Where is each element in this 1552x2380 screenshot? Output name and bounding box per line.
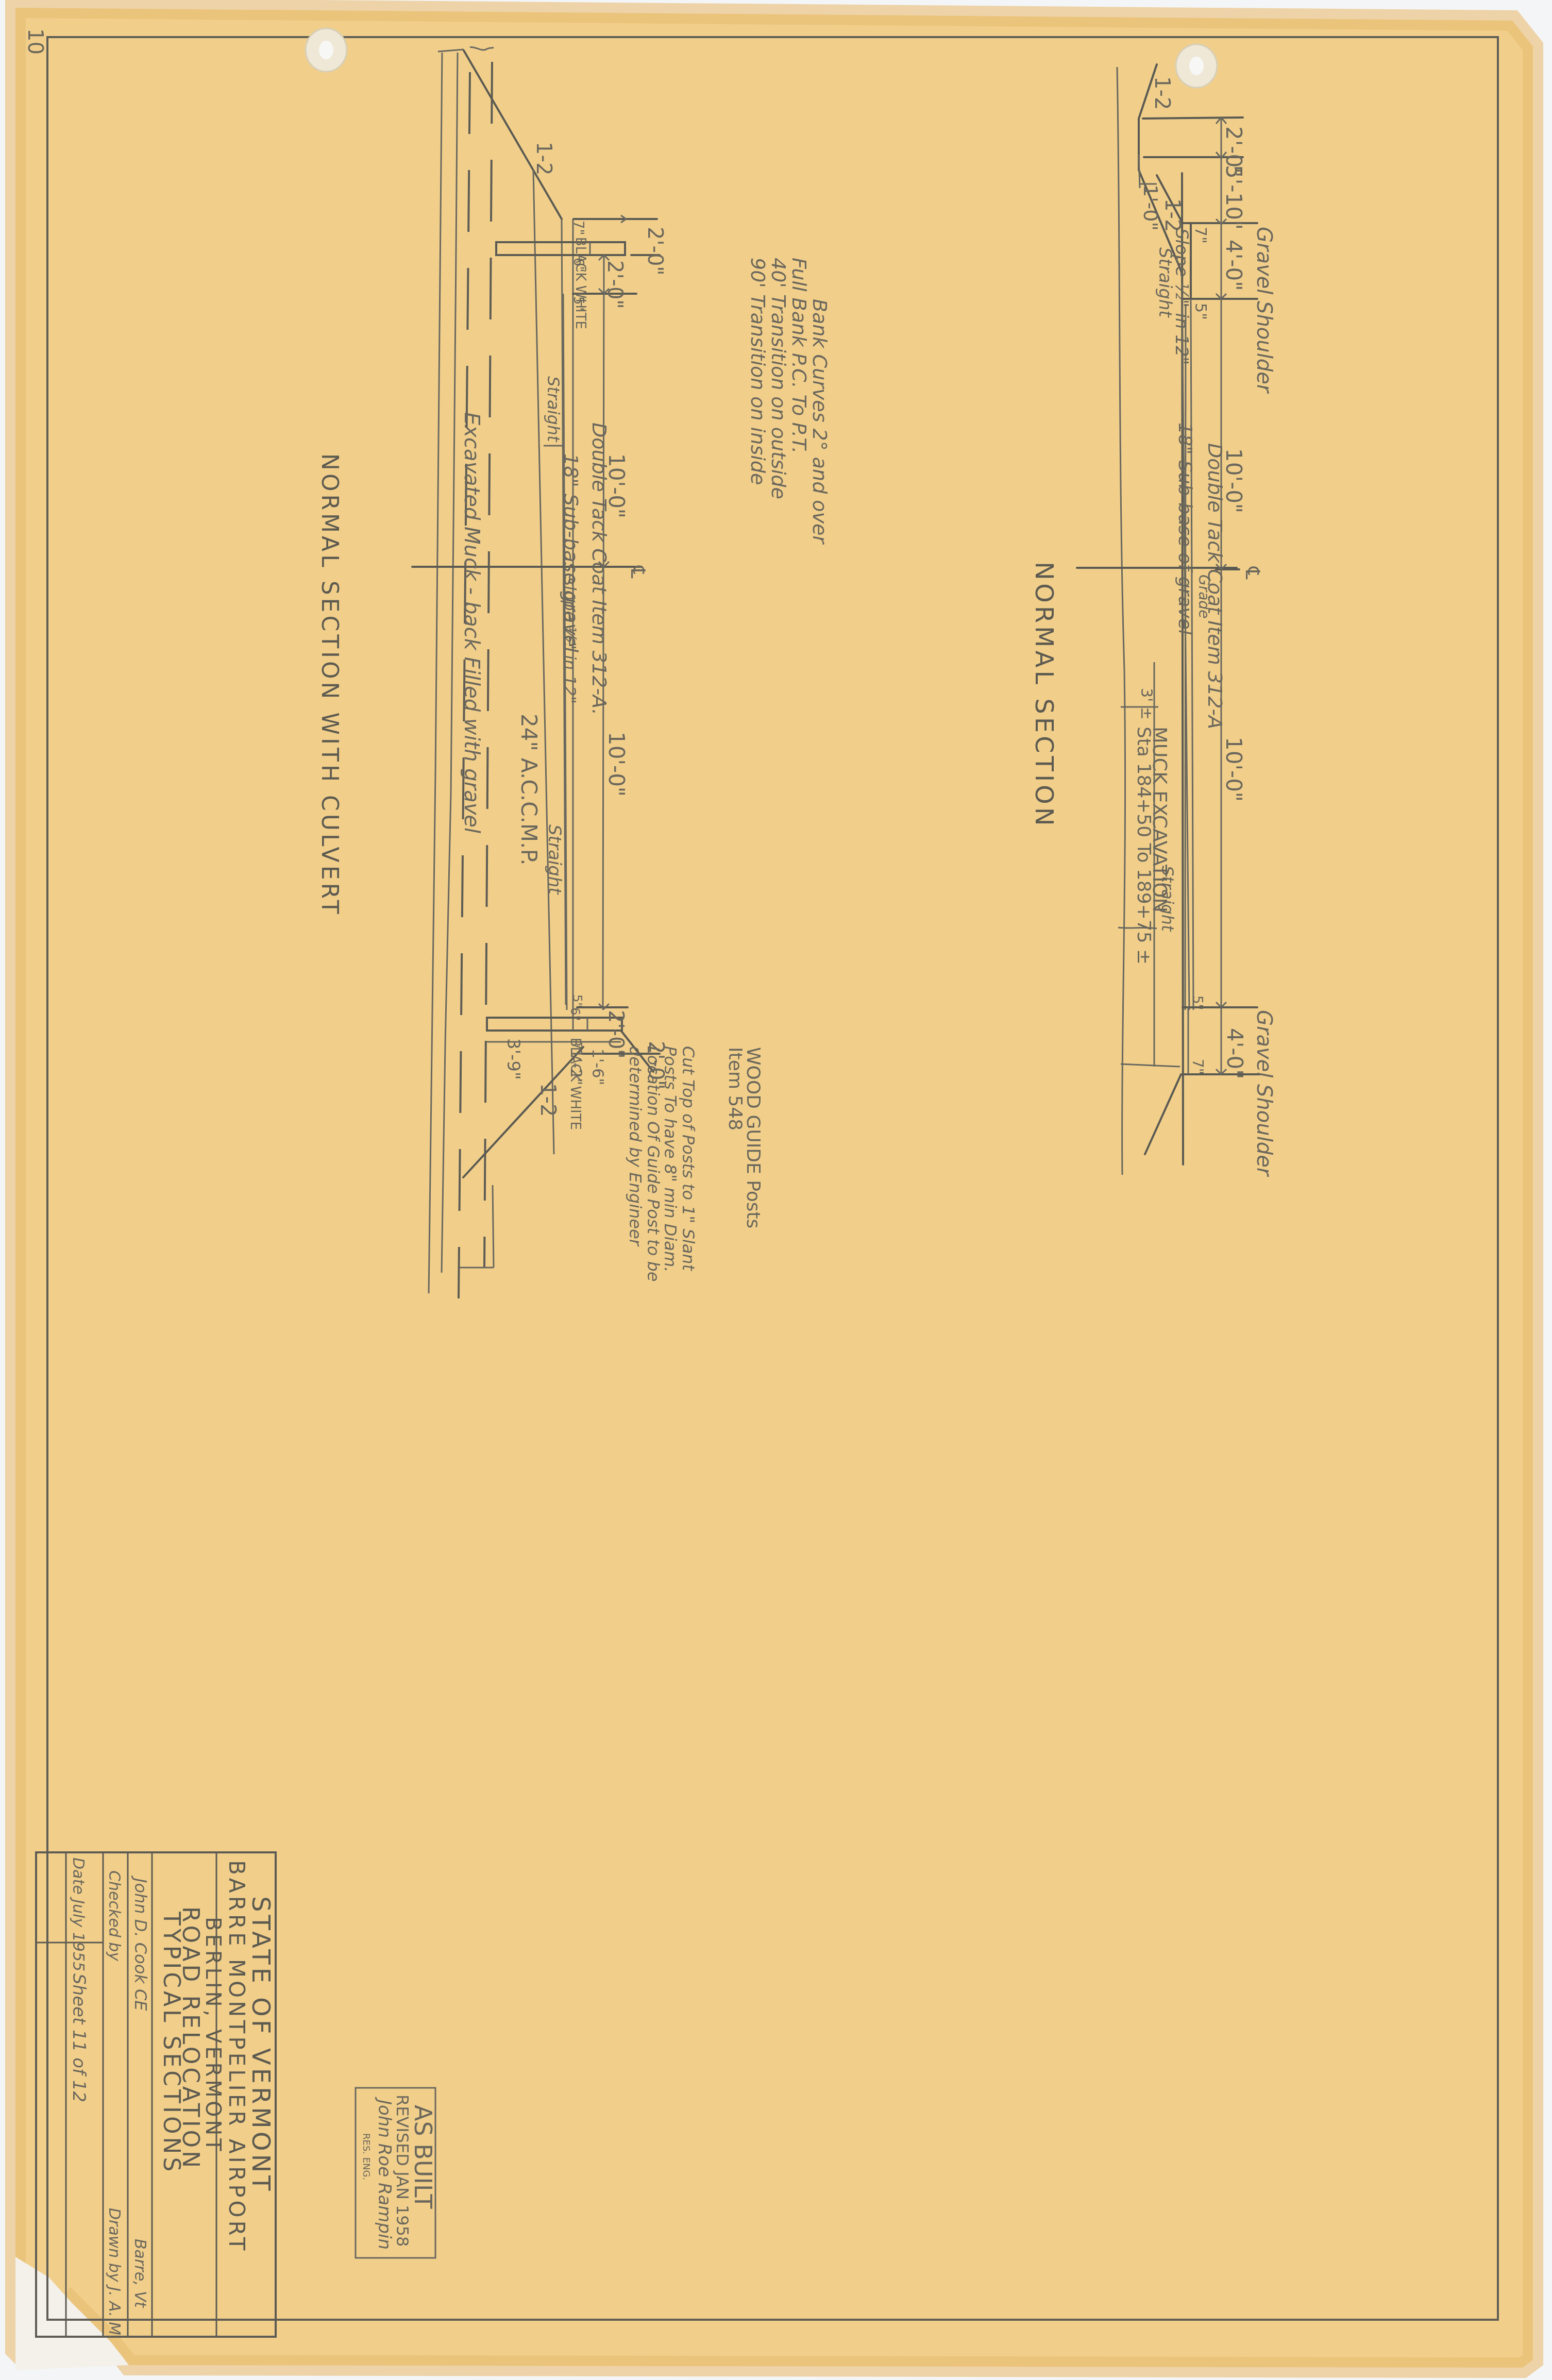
title-sheet-name: TYPICAL SECTIONS <box>158 1911 184 2174</box>
corner-note: 10 <box>23 28 47 55</box>
title-project: BARRE MONTPELIER AIRPORT <box>224 1860 249 2253</box>
date: Date July 1955 <box>69 1858 87 1971</box>
bank-note-line: 40' Transition on outside <box>767 258 790 499</box>
title-state: STATE OF VERMONT <box>246 1896 275 2194</box>
stamp-signature: John Roe Rampin <box>374 2097 395 2250</box>
drawn-by: Drawn by J. A. M. <box>105 2208 123 2340</box>
guide-post-note-line: Cut Top of Posts to 1" Slant <box>679 1046 698 1272</box>
centerline-icon: ℄ <box>1241 566 1264 580</box>
guide-post-note-item: Item 548 <box>724 1047 746 1130</box>
dim-text: 5" <box>1191 303 1209 320</box>
dim-text: 2'-0" <box>603 260 627 309</box>
stamp-as-built: AS BUILT <box>409 2105 437 2209</box>
tack-coat-label: Double Tack Coat Item 312-A. <box>588 423 611 715</box>
culvert-section-title: NORMAL SECTION WITH CULVERT <box>316 453 343 917</box>
gravel-shoulder-label: Gravel Shoulder <box>1252 1010 1276 1177</box>
sheet-number: Sheet 11 of 12 <box>69 1973 89 2102</box>
backfill-label: Excavated Muck - back Filled with gravel <box>460 412 483 833</box>
guide-post-note-line: Location Of Guide Post to be <box>644 1046 663 1281</box>
dim-text: 6" <box>568 1007 582 1021</box>
guide-post-label: BLACK WHITE <box>572 237 588 329</box>
engineer-city: Barre, Vt <box>131 2239 149 2308</box>
slope-label: 1-2 <box>1160 198 1184 232</box>
engineer-name: John D. Cook CE <box>131 1875 150 2011</box>
bank-note-line: Bank Curves 2° and over <box>808 299 831 545</box>
straight-label: Straight <box>544 376 563 443</box>
dim-text: 3' ± <box>1137 688 1155 720</box>
dim-text: 7" <box>1191 227 1209 244</box>
dim-text: 10'-0" <box>604 732 629 797</box>
dim-text: 5" <box>1189 995 1205 1010</box>
checked-by-label: Checked by <box>105 1870 123 1962</box>
pipe-label: 24" A.C.C.M.P. <box>516 714 542 866</box>
grade-label: Grade <box>1195 575 1212 618</box>
slope-label: 1-2 <box>536 1083 560 1117</box>
dim-text: 2'-0" <box>643 227 667 276</box>
muck-station-label: Sta 184+50 To 189+75 ± <box>1133 727 1154 965</box>
bank-note-line: Full Bank P.C. To P.T. <box>788 258 811 453</box>
dim-text: 5" <box>570 994 584 1008</box>
subbase-label: 18" Sub-base of gravel <box>1174 423 1195 635</box>
straight-label: Straight <box>1155 247 1175 318</box>
dim-text: 7" <box>570 221 586 235</box>
dim-text: 4'-0" <box>1222 1028 1247 1079</box>
grommet-icon <box>1176 44 1217 88</box>
normal-section-title: NORMAL SECTION <box>1030 562 1058 829</box>
straight-label: Straight <box>544 824 565 895</box>
dim-text: 1'-0" <box>1139 184 1162 231</box>
centerline-icon: ℄ <box>627 565 649 579</box>
drawing-sheet: 10 <box>0 0 1552 2380</box>
dim-text: 5'-10" <box>1221 165 1246 230</box>
dim-text: 1'-6" <box>588 1049 606 1085</box>
grommet-icon <box>306 28 347 72</box>
dim-text: 7" <box>1189 1059 1206 1075</box>
slope-label: 1-2 <box>1150 76 1174 110</box>
bank-note-line: 90' Transition on inside <box>747 258 769 485</box>
guide-post-note-line: determined by Engineer <box>626 1046 645 1247</box>
title-location: BERLIN, VERMONT <box>201 1917 225 2154</box>
dim-text: 4'-0" <box>1221 240 1246 291</box>
guide-post-label: BLACK WHITE <box>567 1038 583 1130</box>
slope-note: slope ½" in 12" <box>560 577 580 704</box>
stamp-role: RES. ENG. <box>361 2133 372 2180</box>
dim-text: 3'-9" <box>503 1038 524 1080</box>
dim-text: 10'-0" <box>1221 737 1246 802</box>
slope-label: 1-2 <box>532 142 555 175</box>
gravel-shoulder-label: Gravel Shoulder <box>1252 227 1276 394</box>
stamp-revised: REVISED JAN 1958 <box>393 2095 412 2247</box>
dim-text: 2'-0" <box>604 1010 628 1059</box>
